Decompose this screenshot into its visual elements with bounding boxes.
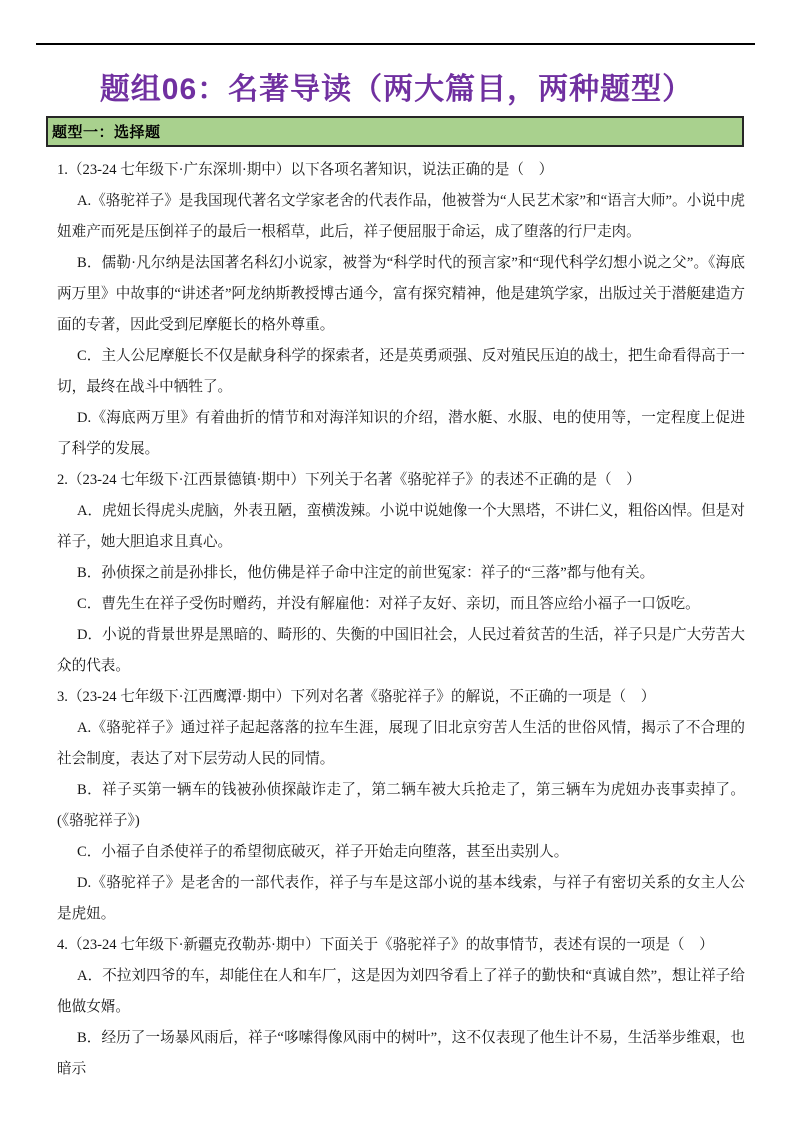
question-3-stem: 3.（23-24 七年级下·江西鹰潭·期中）下列对名著《骆驼祥子》的解说，不正确… bbox=[57, 682, 745, 713]
header-rule bbox=[36, 43, 755, 45]
section-banner-label: 题型一：选择题 bbox=[48, 121, 161, 142]
question-3-option-c: C．小福子自杀使祥子的希望彻底破灭，祥子开始走向堕落，甚至出卖别人。 bbox=[57, 837, 745, 868]
question-4-stem: 4.（23-24 七年级下·新疆克孜勒苏·期中）下面关于《骆驼祥子》的故事情节，… bbox=[57, 930, 745, 961]
question-4-option-a: A．不拉刘四爷的车，却能住在人和车厂，这是因为刘四爷看上了祥子的勤快和“真诚自然… bbox=[57, 961, 745, 1023]
questions-list: 1.（23-24 七年级下·广东深圳·期中）以下各项名著知识，说法正确的是（ ）… bbox=[57, 155, 745, 1085]
question-4: 4.（23-24 七年级下·新疆克孜勒苏·期中）下面关于《骆驼祥子》的故事情节，… bbox=[57, 930, 745, 1085]
question-4-option-b: B．经历了一场暴风雨后，祥子“哆嗦得像风雨中的树叶”，这不仅表现了他生计不易，生… bbox=[57, 1023, 745, 1085]
question-1-stem: 1.（23-24 七年级下·广东深圳·期中）以下各项名著知识，说法正确的是（ ） bbox=[57, 155, 745, 186]
question-3-option-b: B．祥子买第一辆车的钱被孙侦探敲诈走了，第二辆车被大兵抢走了，第三辆车为虎妞办丧… bbox=[57, 775, 745, 837]
question-1: 1.（23-24 七年级下·广东深圳·期中）以下各项名著知识，说法正确的是（ ）… bbox=[57, 155, 745, 465]
question-1-option-b: B．儒勒·凡尔纳是法国著名科幻小说家，被誉为“科学时代的预言家”和“现代科学幻想… bbox=[57, 248, 745, 341]
question-2-option-b: B．孙侦探之前是孙排长，他仿佛是祥子命中注定的前世冤家：祥子的“三落”都与他有关… bbox=[57, 558, 745, 589]
question-3-option-a: A.《骆驼祥子》通过祥子起起落落的拉车生涯，展现了旧北京穷苦人生活的世俗风情，揭… bbox=[57, 713, 745, 775]
question-1-option-d: D.《海底两万里》有着曲折的情节和对海洋知识的介绍，潜水艇、水服、电的使用等，一… bbox=[57, 403, 745, 465]
question-3: 3.（23-24 七年级下·江西鹰潭·期中）下列对名著《骆驼祥子》的解说，不正确… bbox=[57, 682, 745, 930]
document-page: 题组06：名著导读（两大篇目，两种题型） 题型一：选择题 1.（23-24 七年… bbox=[0, 0, 793, 1122]
page-title: 题组06：名著导读（两大篇目，两种题型） bbox=[0, 64, 793, 108]
question-2-option-a: A．虎妞长得虎头虎脑，外表丑陋，蛮横泼辣。小说中说她像一个大黑塔，不讲仁义，粗俗… bbox=[57, 496, 745, 558]
question-1-option-c: C．主人公尼摩艇长不仅是献身科学的探索者，还是英勇顽强、反对殖民压迫的战士，把生… bbox=[57, 341, 745, 403]
section-banner: 题型一：选择题 bbox=[46, 116, 744, 147]
question-2-option-d: D．小说的背景世界是黑暗的、畸形的、失衡的中国旧社会，人民过着贫苦的生活，祥子只… bbox=[57, 620, 745, 682]
question-3-option-d: D.《骆驼祥子》是老舍的一部代表作，祥子与车是这部小说的基本线索，与祥子有密切关… bbox=[57, 868, 745, 930]
question-1-option-a: A.《骆驼祥子》是我国现代著名文学家老舍的代表作品，他被誉为“人民艺术家”和“语… bbox=[57, 186, 745, 248]
question-2-option-c: C．曹先生在祥子受伤时赠药，并没有解雇他：对祥子友好、亲切，而且答应给小福子一口… bbox=[57, 589, 745, 620]
question-2-stem: 2.（23-24 七年级下·江西景德镇·期中）下列关于名著《骆驼祥子》的表述不正… bbox=[57, 465, 745, 496]
question-2: 2.（23-24 七年级下·江西景德镇·期中）下列关于名著《骆驼祥子》的表述不正… bbox=[57, 465, 745, 682]
